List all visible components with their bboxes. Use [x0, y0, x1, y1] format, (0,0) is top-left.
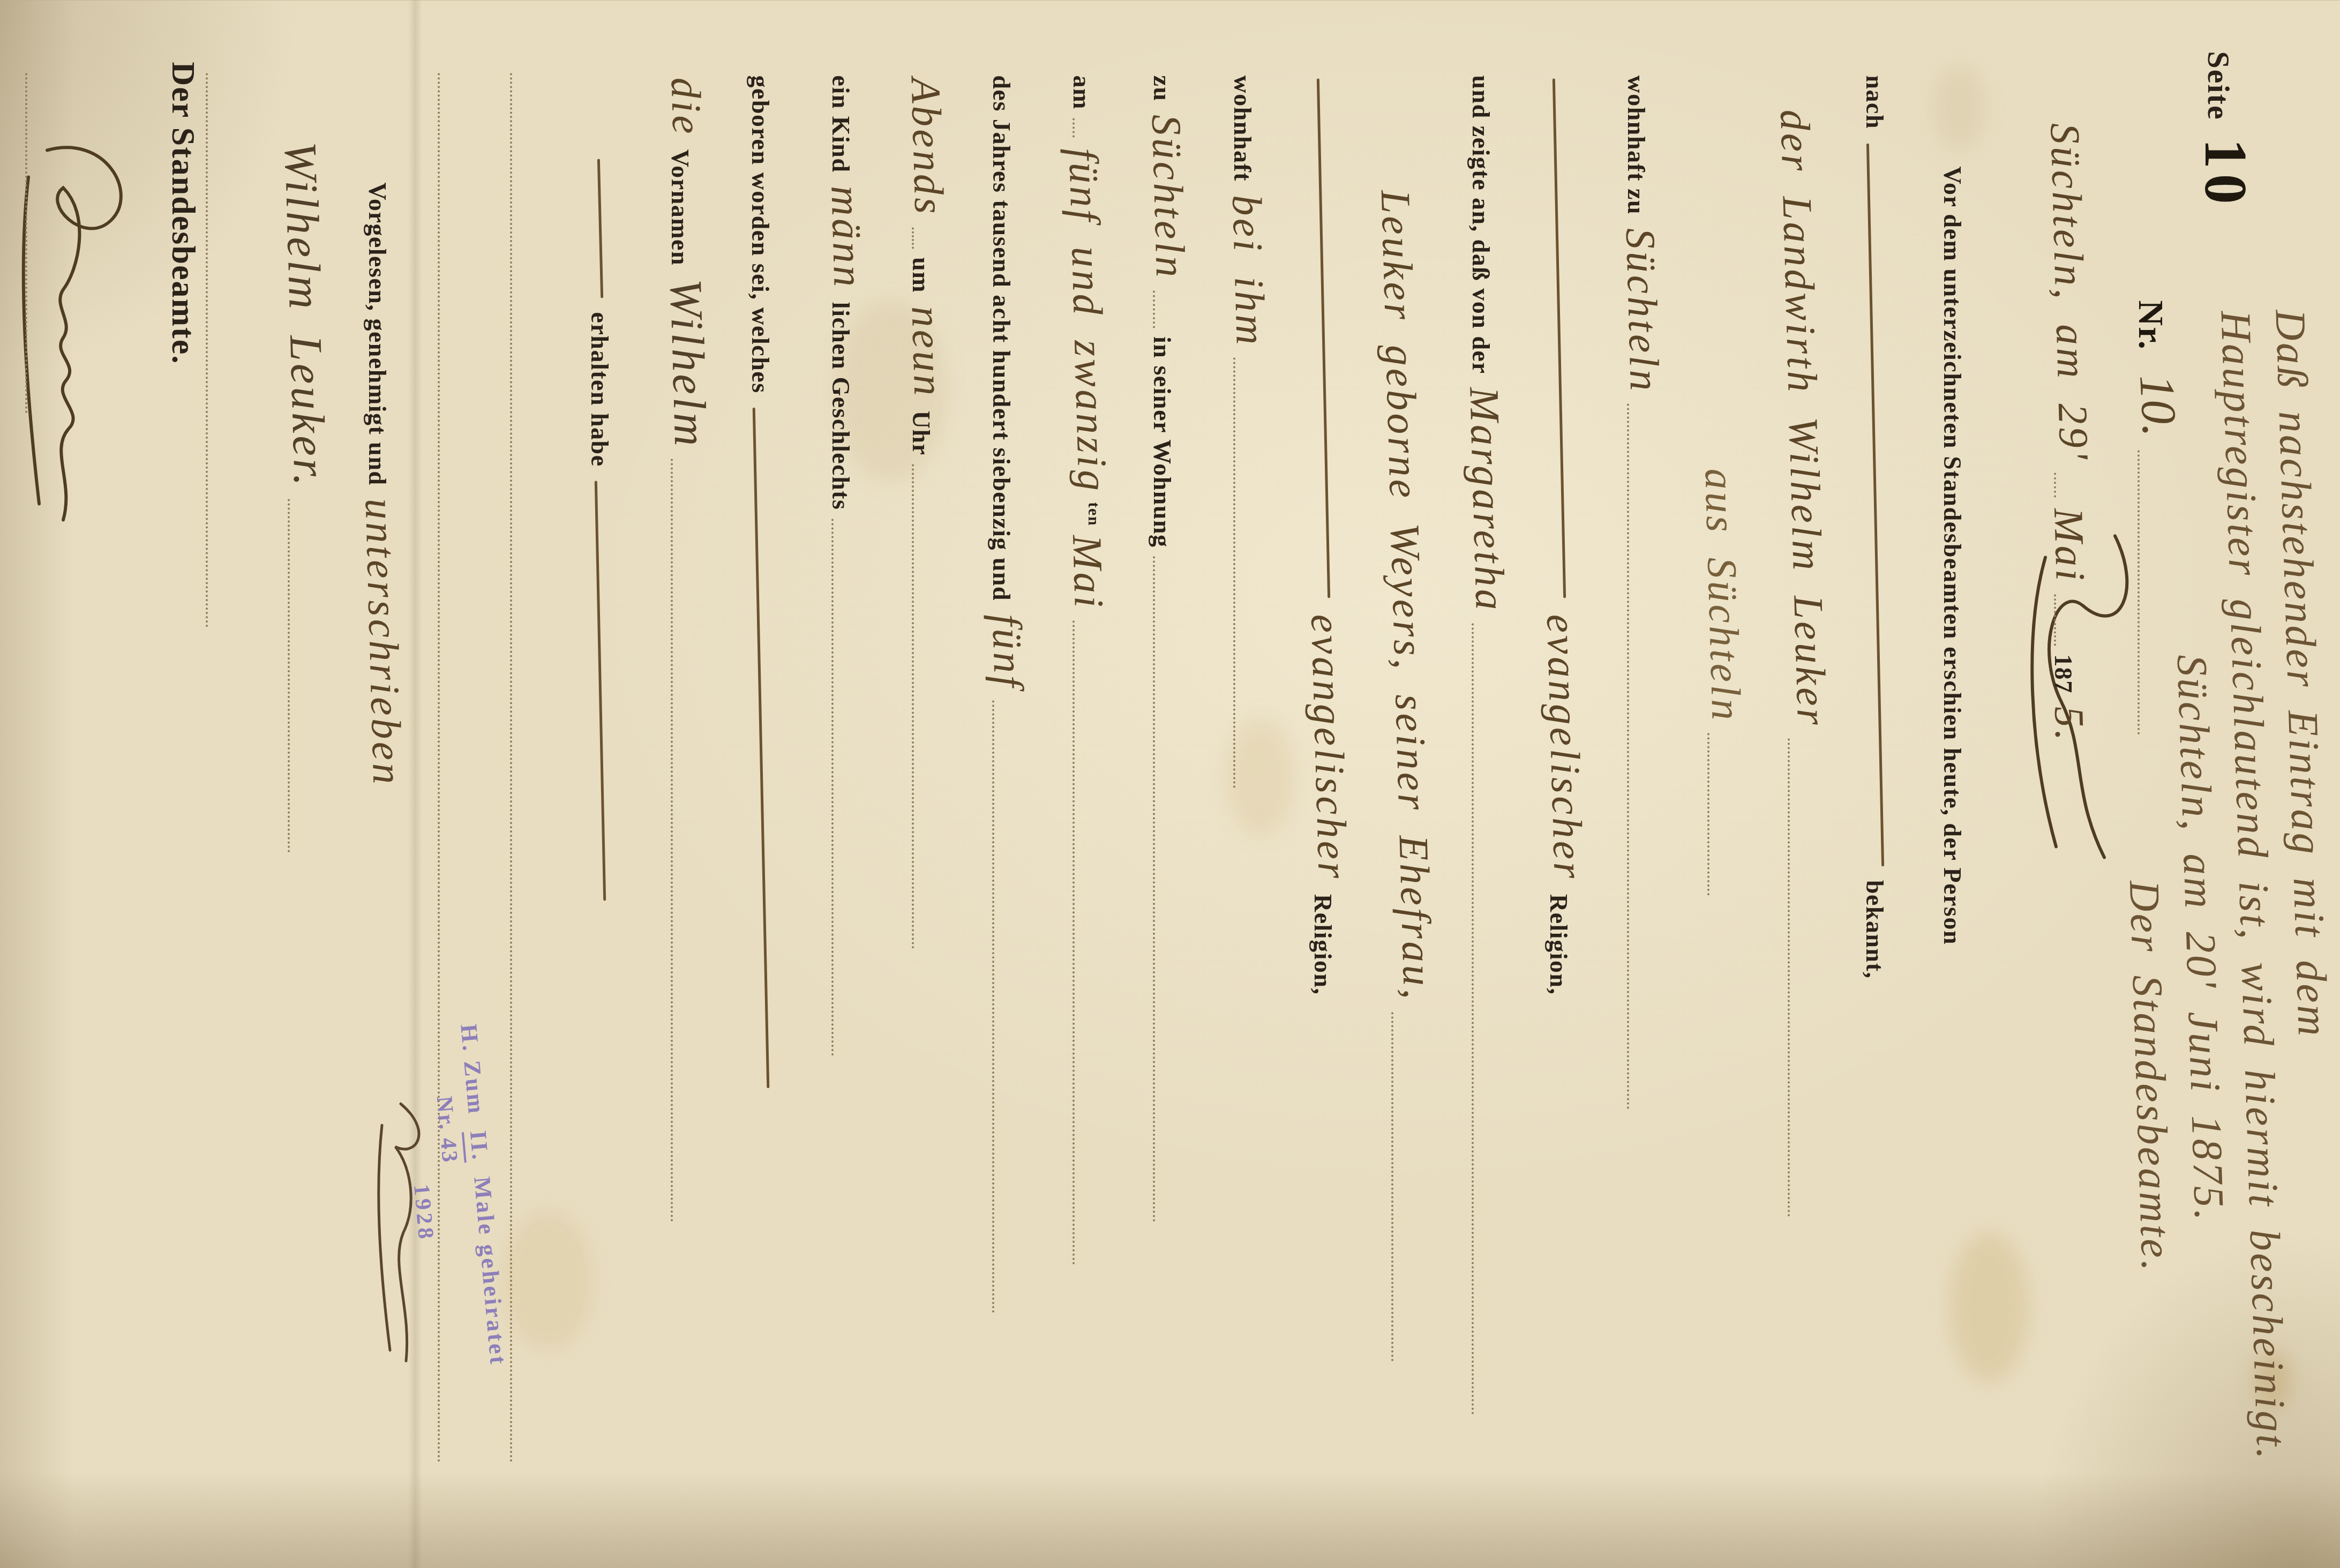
- form-line-geboren: geboren worden sei, welches: [744, 70, 797, 1097]
- religion-handwriting-2: evangelischer: [1304, 606, 1354, 889]
- year-handwriting: 5.: [2048, 698, 2091, 751]
- printed-text: zu: [1150, 70, 1174, 107]
- dotted-rule: [1233, 357, 1235, 788]
- birthplace-handwriting: Süchteln: [1145, 106, 1191, 288]
- declarant-handwriting-2: aus Süchteln: [1698, 460, 1747, 730]
- photograph-of-register-page: Seite 10 Daß nachstehender Eintrag mit d…: [0, 0, 2340, 1568]
- stamp-prefix: H. Zum: [455, 1023, 490, 1116]
- page-number: 10: [2201, 138, 2249, 209]
- dotted-rule: [671, 459, 673, 1222]
- dotted-rule: [912, 464, 914, 949]
- date-month-handwriting: Mai: [2047, 500, 2092, 591]
- dotted-rule: [1153, 556, 1155, 1222]
- form-line-child-sex: ein Kind männ lichen Geschlechts: [824, 70, 877, 1059]
- form-line-vor-dem: Vor dem unterzeichneten Standesbeamten e…: [1936, 161, 1989, 1493]
- form-line-wohnhaft-bei-ihm: wohnhaft bei ihm: [1226, 70, 1279, 791]
- article-handwriting: die: [664, 69, 708, 144]
- printed-text: Vornamen: [667, 144, 692, 271]
- standesbeamte-label: Der Standesbeamte.: [167, 56, 200, 370]
- bei-ihm-handwriting: bei ihm: [1226, 186, 1272, 355]
- form-line-vorgelesen: Vorgelesen, genehmigt und unterschrieben: [361, 177, 414, 1027]
- dotted-rule: [510, 73, 512, 1463]
- nr-value: 10.: [2128, 363, 2189, 448]
- form-line-blank: [18, 70, 71, 416]
- form-line-zu-wohnung: zu Süchteln in seiner Wohnung: [1145, 70, 1199, 1225]
- father-signature: Wilhelm Leuker.: [277, 133, 334, 496]
- ink-dash-filler: [597, 159, 603, 298]
- form-line-nr: Nr. 10.: [2130, 300, 2184, 738]
- dotted-rule: [1072, 118, 1075, 137]
- dotted-rule: [25, 73, 27, 413]
- form-line-blank: [502, 70, 556, 1466]
- year-printed: 187: [2051, 649, 2075, 699]
- stamp-annotation-scrawl: [369, 1093, 449, 1371]
- form-line-religion-2: evangelischer Religion,: [1306, 70, 1360, 1000]
- form-line-religion-1: evangelischer Religion,: [1542, 70, 1595, 1000]
- mother-name-handwriting: Margaretha: [1463, 379, 1512, 620]
- printed-text: bekannt,: [1862, 874, 1887, 984]
- dotted-rule: [912, 227, 914, 249]
- sex-handwriting: männ: [824, 177, 869, 297]
- form-line-vornamen: die Vornamen Wilhelm: [663, 70, 717, 1225]
- printed-text: nach: [1862, 70, 1887, 134]
- ink-dash-filler: [595, 481, 606, 901]
- form-line-birth-time: Abends um neun Uhr: [904, 70, 958, 952]
- form-line-declarant: der Landwirth Wilhelm Leuker: [1780, 102, 1834, 1220]
- dotted-rule: [831, 519, 834, 1056]
- printed-text: wohnhaft: [1230, 70, 1255, 187]
- dotted-rule: [2054, 472, 2056, 497]
- printed-text: lichen Geschlechts: [828, 296, 853, 515]
- ink-dash-filler: [1317, 78, 1330, 598]
- printed-text: um: [909, 252, 933, 298]
- page-header: Seite 10: [2201, 51, 2249, 209]
- dotted-rule: [2137, 450, 2140, 734]
- printed-text: Vorgelesen, genehmigt und: [365, 177, 389, 491]
- dotted-rule: [1707, 733, 1709, 895]
- mother-name-handwriting-2: Leuker geborne Weyers, seiner Ehefrau,: [1374, 182, 1439, 1009]
- printed-text: erhalten habe: [587, 306, 612, 472]
- register-page: Seite 10 Daß nachstehender Eintrag mit d…: [0, 0, 2340, 1568]
- hour-handwriting: neun: [905, 297, 950, 406]
- dotted-rule: [1391, 1012, 1393, 1361]
- printed-text: Religion,: [1310, 888, 1335, 1000]
- declarant-handwriting: der Landwirth Wilhelm Leuker: [1774, 101, 1833, 736]
- printed-text: in seiner Wohnung: [1150, 331, 1174, 553]
- dotted-rule: [1788, 738, 1790, 1217]
- ink-dash-filler: [753, 407, 770, 1088]
- form-line-date: Süchteln, am 29' Mai 187 5.: [2046, 115, 2100, 856]
- printed-text: Vor dem unterzeichneten Standesbeamten e…: [1940, 161, 1964, 950]
- dotted-rule: [992, 700, 994, 1313]
- form-line-bekannt: nach bekannt,: [1858, 70, 1911, 984]
- daytime-handwriting: Abends: [904, 69, 950, 224]
- form-line-birth-day: am fünf und zwanzig ten Mai: [1065, 70, 1119, 1268]
- form-line-father-signature: Wilhelm Leuker.: [280, 134, 334, 856]
- printed-text: und zeigte an, daß von der: [1468, 70, 1493, 379]
- dotted-rule: [1072, 620, 1075, 1265]
- form-line-standesbeamte: Der Standesbeamte.: [162, 56, 216, 470]
- unterschrieben-handwriting: unterschrieben: [358, 490, 409, 794]
- ink-dash-filler: [1552, 78, 1566, 598]
- nr-label: Nr.: [2130, 300, 2171, 364]
- printed-text: wohnhaft zu: [1624, 70, 1648, 220]
- dotted-rule: [1627, 403, 1629, 1109]
- printed-text: Religion,: [1546, 888, 1571, 1000]
- year-word-handwriting: fünf: [986, 606, 1030, 697]
- dotted-rule: [288, 499, 290, 852]
- printed-text: Uhr: [909, 405, 933, 461]
- printed-text: des Jahres tausend acht hundert siebenzi…: [989, 70, 1014, 606]
- form-line-birth-year: des Jahres tausend acht hundert siebenzi…: [985, 70, 1038, 1316]
- religion-handwriting: evangelischer: [1540, 606, 1590, 889]
- residence-handwriting: Süchteln: [1619, 219, 1666, 401]
- form-line-declarant-2: aus Süchteln: [1700, 461, 1753, 898]
- ink-dash-filler: [1866, 143, 1884, 866]
- paper-stain: [1933, 64, 1986, 150]
- form-line-zeigte-an: und zeigte an, daß von der Margaretha: [1464, 70, 1518, 1418]
- form-line-erhalten-habe: erhalten habe: [583, 150, 636, 909]
- form-line-wohnhaft-zu: wohnhaft zu Süchteln: [1619, 70, 1673, 1113]
- printed-text: am: [1069, 70, 1094, 115]
- form-line-mother-2: Leuker geborne Weyers, seiner Ehefrau,: [1384, 182, 1437, 1364]
- printed-ten-suffix: ten: [1085, 501, 1101, 527]
- month-handwriting: Mai: [1066, 526, 1111, 618]
- seite-label: Seite: [2201, 51, 2237, 120]
- printed-text: ein Kind: [828, 70, 853, 178]
- dotted-rule: [2054, 594, 2056, 646]
- stamp-numeral: II.: [462, 1129, 494, 1162]
- day-handwriting: fünf und zwanzig: [1062, 140, 1114, 501]
- dotted-rule: [1153, 290, 1155, 328]
- printed-text: geboren worden sei, welches: [748, 70, 772, 399]
- date-place-handwriting: Süchteln, am 29': [2044, 115, 2095, 470]
- child-name-handwriting: Wilhelm: [663, 270, 714, 456]
- dotted-rule: [1472, 623, 1474, 1415]
